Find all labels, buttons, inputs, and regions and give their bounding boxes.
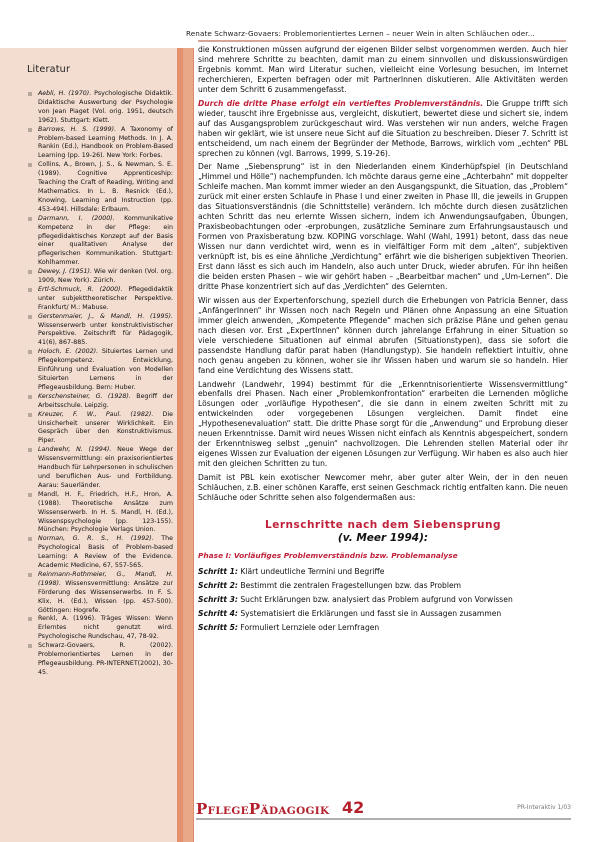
page-number: 42 — [342, 798, 364, 817]
reference-text: Wissenserwerb unter konstruktivistischer… — [38, 322, 173, 347]
paragraph: Durch die dritte Phase erfolgt ein verti… — [198, 99, 568, 159]
logo-text: ÄDAGOGIK — [261, 805, 330, 817]
literature-heading: Literatur — [27, 64, 70, 75]
issue-label: PR-Interaktiv 1/03 — [517, 804, 571, 811]
step-item: Schritt 1: Klärt undeutliche Termini und… — [198, 567, 568, 577]
paragraph: die Konstruktionen müssen aufgrund der e… — [198, 45, 568, 95]
step-text: Bestimmt die zentralen Fragestellungen b… — [238, 581, 461, 590]
reference-item: Schwarz-Govaers, R. (2002). Problemorien… — [28, 642, 173, 678]
reference-author: Holoch, E. (2002). — [38, 348, 98, 355]
highlight-lead: Durch die dritte Phase erfolgt ein verti… — [198, 99, 483, 108]
paragraph: Landwehr (Landwehr, 1994) bestimmt für d… — [198, 380, 568, 470]
running-header: Renate Schwarz-Govaers: Problemorientier… — [186, 28, 566, 42]
reference-author: Darmann, I. (2000). — [38, 215, 115, 222]
sidebar-stripe — [193, 48, 194, 842]
reference-item: Mandl, H. F., Friedrich, H.F., Hron, A. … — [28, 491, 173, 536]
reference-list: Aebli, H. (1970). Psychologische Didakti… — [28, 90, 173, 678]
reference-item: Gerstenmaier, J., & Mandl, H. (1995). Wi… — [28, 313, 173, 349]
step-item: Schritt 2: Bestimmt die zentralen Frages… — [198, 581, 568, 591]
step-text: Sucht Erklärungen bzw. analysiert das Pr… — [238, 595, 513, 604]
step-text: Systematisiert die Erklärungen und fasst… — [238, 609, 501, 618]
reference-text: Kommunikative Kompetenz in der Pflege: e… — [38, 215, 173, 267]
reference-item: Darmann, I. (2000). Kommunikative Kompet… — [28, 215, 173, 268]
step-label: Schritt 1: — [198, 567, 238, 576]
reference-author: Dewey, J. (1951). — [38, 268, 92, 275]
reference-author: Norman, G. R. S., H. (1992). — [38, 535, 154, 542]
box-subtitle: (v. Meer 1994): — [198, 532, 568, 545]
reference-text: Renkl, A. (1996). Träges Wissen: Wenn Er… — [38, 615, 173, 640]
step-item: Schritt 4: Systematisiert die Erklärunge… — [198, 609, 568, 619]
reference-author: Gerstenmaier, J., & Mandl, H. (1995). — [38, 313, 173, 320]
journal-logo: PFLEGEPÄDAGOGIK — [196, 800, 329, 818]
reference-item: Collins, A., Brown, J. S., & Newman, S. … — [28, 161, 173, 214]
reference-text: Collins, A., Brown, J. S., & Newman, S. … — [38, 161, 173, 213]
reference-item: Renkl, A. (1996). Träges Wissen: Wenn Er… — [28, 615, 173, 642]
running-header-title: Renate Schwarz-Govaers: Problemorientier… — [186, 29, 535, 38]
paragraph: Der Name „Siebensprung“ ist in den Niede… — [198, 162, 568, 291]
box-title: Lernschritte nach dem Siebensprung — [198, 519, 568, 532]
reference-item: Aebli, H. (1970). Psychologische Didakti… — [28, 90, 173, 126]
phase-heading: Phase I: Vorläufiges Problemverständnis … — [198, 551, 568, 561]
header-underline — [198, 40, 566, 42]
reference-author: Aebli, H. (1970). — [38, 90, 91, 97]
paragraph: Damit ist PBL kein exotischer Newcomer m… — [198, 473, 568, 503]
paragraph: Wir wissen aus der Expertenforschung, sp… — [198, 296, 568, 376]
footer-rule — [196, 818, 571, 820]
logo-letter: P — [249, 800, 261, 818]
reference-item: Reinmann-Rothmeier, G., Mandl, H. (1998)… — [28, 571, 173, 616]
reference-text: Schwarz-Govaers, R. (2002). Problemorien… — [38, 642, 173, 676]
reference-author: Kreuzer, F. W., Paul. (1982). — [38, 411, 153, 418]
reference-author: Barrows, H. S. (1999). — [38, 126, 116, 133]
reference-item: Holoch, E. (2002). Situiertes Lernen und… — [28, 348, 173, 393]
reference-item: Kreuzer, F. W., Paul. (1982). Die Unsich… — [28, 411, 173, 447]
step-label: Schritt 2: — [198, 581, 238, 590]
sidebar-stripe — [183, 48, 193, 842]
logo-text: FLEGE — [208, 805, 249, 817]
step-label: Schritt 4: — [198, 609, 238, 618]
reference-item: Kerschensteiner, G. (1928). Begriff der … — [28, 393, 173, 411]
reference-author: Ertl-Schmuck, R. (2000). — [38, 286, 123, 293]
step-item: Schritt 5: Formuliert Lernziele oder Ler… — [198, 623, 568, 633]
reference-text: Mandl, H. F., Friedrich, H.F., Hron, A. … — [38, 491, 173, 534]
step-label: Schritt 3: — [198, 595, 238, 604]
step-item: Schritt 3: Sucht Erklärungen bzw. analys… — [198, 595, 568, 605]
logo-letter: P — [196, 800, 208, 818]
reference-author: Kerschensteiner, G. (1928). — [38, 393, 131, 400]
reference-item: Ertl-Schmuck, R. (2000). Pflegedidaktik … — [28, 286, 173, 313]
reference-item: Norman, G. R. S., H. (1992). The Psychol… — [28, 535, 173, 571]
reference-author: Landwehr, N. (1994). — [38, 446, 111, 453]
page-footer: PFLEGEPÄDAGOGIK 42 PR-Interaktiv 1/03 — [196, 798, 571, 820]
reference-item: Dewey, J. (1951). Wie wir denken (Vol. o… — [28, 268, 173, 286]
reference-item: Landwehr, N. (1994). Neue Wege der Wisse… — [28, 446, 173, 491]
step-label: Schritt 5: — [198, 623, 238, 632]
reference-item: Barrows, H. S. (1999). A Taxonomy of Pro… — [28, 126, 173, 162]
step-text: Klärt undeutliche Termini und Begriffe — [238, 567, 384, 576]
step-text: Formuliert Lernziele oder Lernfragen — [238, 623, 379, 632]
article-body: die Konstruktionen müssen aufgrund der e… — [198, 45, 568, 637]
